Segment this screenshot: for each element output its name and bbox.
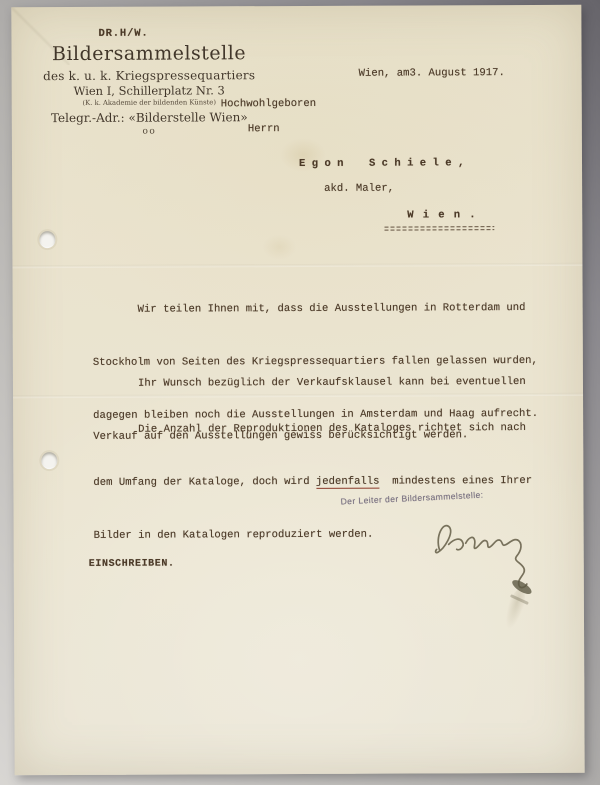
recipient-honorific: Hochwohlgeboren — [221, 98, 316, 111]
letterhead: Bildersammelstelle des k. u. k. Kriegspr… — [26, 42, 271, 137]
telegram-address: Telegr.-Adr.: «Bilderstelle Wien» — [27, 110, 272, 125]
emphasized-word: jedenfalls — [316, 476, 380, 489]
fold-crease — [12, 263, 582, 268]
photo-background: DR.H/W. Bildersammelstelle des k. u. k. … — [0, 0, 600, 785]
punch-hole-top — [39, 231, 55, 248]
city-underline — [384, 226, 494, 231]
body-line: Wir teilen Ihnen mit, dass die Ausstellu… — [93, 302, 555, 331]
signature — [409, 510, 579, 606]
recipient-city: W i e n . — [407, 209, 477, 222]
body-line-segment: mindestens eines Ihrer — [379, 475, 532, 488]
body-line: Die Anzahl der Reproduktionen des Katalo… — [93, 422, 555, 451]
reference-mark: DR.H/W. — [98, 28, 148, 41]
mailing-note: EINSCHREIBEN. — [89, 558, 175, 571]
recipient-name: E g o n S c h i e l e , — [299, 157, 464, 171]
body-line-segment: dem Umfang der Kataloge, doch wird — [93, 476, 316, 489]
recipient-salutation: Herrn — [248, 123, 280, 136]
letter-paper: DR.H/W. Bildersammelstelle des k. u. k. … — [11, 5, 584, 775]
punch-hole-bottom — [41, 452, 57, 469]
org-dept: des k. u. k. Kriegspressequartiers — [27, 68, 272, 83]
org-address: Wien I, Schillerplatz Nr. 3 — [27, 84, 272, 98]
letterhead-ornament: oo — [27, 126, 272, 137]
paper-stain — [262, 234, 296, 260]
dateline: Wien, am3. August 1917. — [359, 67, 505, 81]
org-name: Bildersammelstelle — [26, 42, 271, 65]
recipient-profession: akd. Maler, — [324, 183, 394, 196]
ink-blot — [510, 577, 533, 596]
